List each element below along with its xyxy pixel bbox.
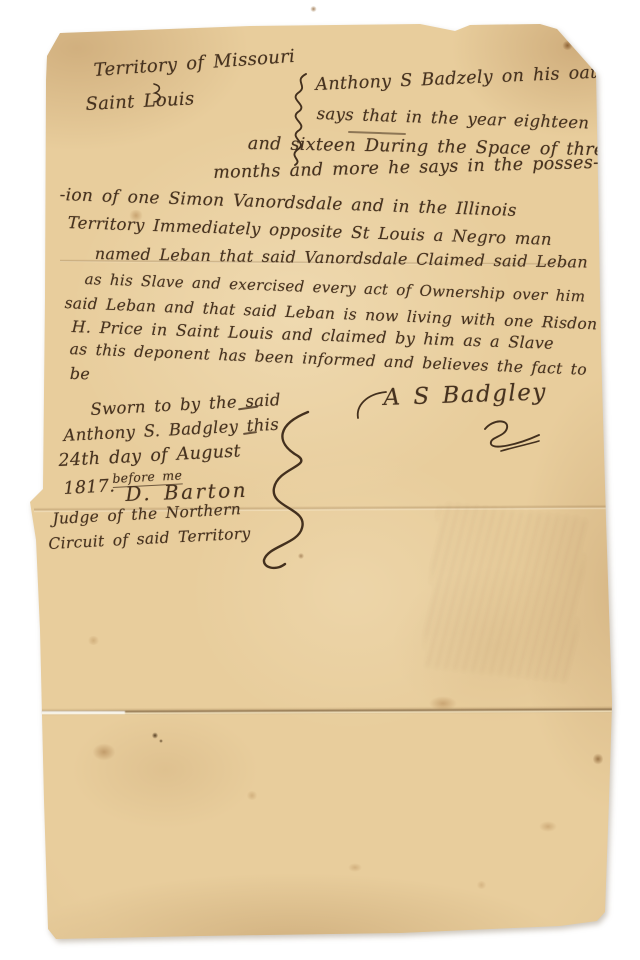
- stain-spot: [246, 791, 258, 800]
- attestation-sworn-line2: Anthony S. Badgley this: [63, 415, 279, 445]
- ink-dot: [152, 732, 158, 739]
- signature-name: A S Badgley: [383, 379, 547, 411]
- ink-brace-large-icon: [258, 408, 313, 573]
- attestation-judge-title2: Circuit of said Territory: [48, 524, 251, 553]
- attestation-sworn-line1: Sworn to by the said: [90, 390, 281, 419]
- body-line: be: [70, 364, 91, 383]
- scan-background: Territory of Missouri Saint Louis Anthon…: [0, 0, 640, 960]
- fold-gap-highlight: [30, 711, 125, 714]
- ink-dot: [159, 739, 163, 743]
- ink-bleed-ghost: [422, 503, 588, 683]
- signature-flourish-icon: [477, 417, 547, 457]
- attestation-sworn-line3: 24th day of August: [58, 441, 241, 471]
- body-line: Anthony S Badzely on his oath: [315, 62, 609, 95]
- attestation-judge-title1: Judge of the Northern: [52, 500, 242, 528]
- body-line: months and more he says in the posses-: [213, 153, 600, 183]
- body-line: named Leban that said Vanordsdale Claime…: [95, 244, 588, 272]
- document-paper: Territory of Missouri Saint Louis Anthon…: [30, 20, 615, 942]
- stain-spot: [92, 743, 116, 761]
- stain-spot: [562, 41, 573, 50]
- stain-spot: [348, 863, 362, 872]
- fold-crease-main: [30, 706, 615, 716]
- stain-spot: [593, 753, 603, 765]
- heading-place: Saint Louis: [85, 88, 195, 115]
- stain-spot: [87, 636, 100, 645]
- stray-ink-line: [348, 131, 406, 135]
- stain-spot: [539, 821, 557, 832]
- attestation-year: 1817.: [63, 476, 116, 499]
- stain-spot: [429, 696, 457, 711]
- stain-patch: [70, 710, 260, 830]
- heading-jurisdiction: Territory of Missouri: [93, 46, 296, 81]
- stain-spot: [476, 881, 487, 889]
- stain-patch: [390, 565, 600, 725]
